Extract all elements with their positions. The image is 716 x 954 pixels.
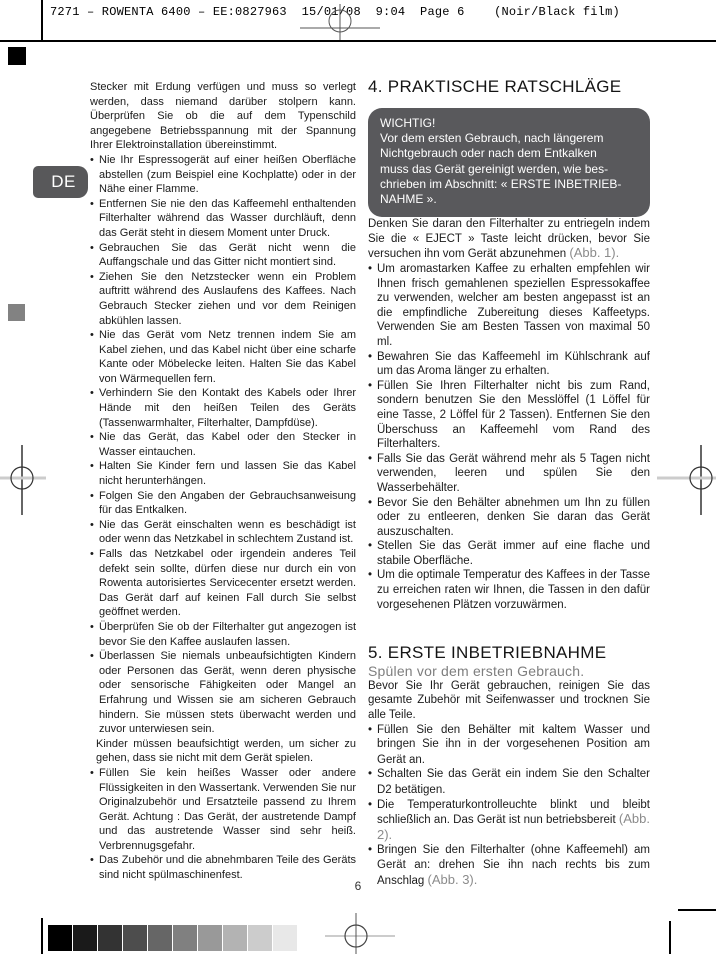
registration-crosshair-icon <box>652 440 716 520</box>
safety-bullet-list-continued: Füllen Sie kein heißes Wasser oder ander… <box>90 766 356 883</box>
registration-crosshair-icon <box>295 0 385 45</box>
list-item: Falls Sie das Gerät während mehr als 5 T… <box>368 452 650 496</box>
figure-reference: (Abb. 1). <box>569 245 619 260</box>
list-item-text: Die Temperaturkontrolleuchte blinkt und … <box>377 799 650 827</box>
list-item-text: Bringen Sie den Filterhalter (ohne Kaffe… <box>377 844 650 886</box>
section4-heading: 4. PRAKTISCHE RATSCHLÄGE <box>368 76 650 98</box>
list-item: Verhindern Sie den Kontakt des Kabels od… <box>90 386 356 430</box>
safety-intro-paragraph: Stecker mit Erdung verfügen und muss so … <box>90 80 356 153</box>
section5-subheading: Spülen vor dem ersten Gebrauch. <box>368 664 650 679</box>
list-item: Die Temperaturkontrolleuchte blinkt und … <box>368 798 650 844</box>
registration-crosshair-icon <box>0 440 50 520</box>
important-callout-title: WICHTIG! <box>380 116 638 131</box>
calibration-step <box>273 925 297 951</box>
list-item: Bewahren Sie das Kaffeemehl im Kühlschra… <box>368 350 650 379</box>
calibration-step <box>48 925 72 951</box>
header-left-rule <box>41 0 43 40</box>
list-item: Folgen Sie den Angaben der Gebrauchsanwe… <box>90 489 356 518</box>
manual-page: 7271 – ROWENTA 6400 – EE:0827963 15/01/0… <box>0 0 716 954</box>
calibration-step <box>98 925 122 951</box>
section5: 5. ERSTE INBETRIEBNAHME Spülen vor dem e… <box>368 642 650 888</box>
list-item: Nie das Gerät einschalten wenn es beschä… <box>90 518 356 547</box>
list-item-text: Füllen Sie den Behälter mit kaltem Wasse… <box>377 724 650 766</box>
children-supervision-note: Kinder müssen beaufsichtigt werden, um s… <box>90 737 356 766</box>
calibration-step <box>123 925 147 951</box>
language-tab-de: DE <box>33 166 88 198</box>
safety-bullet-list: Nie Ihr Espressogerät auf einer heißen O… <box>90 153 356 737</box>
list-item: Nie das Gerät vom Netz trennen indem Sie… <box>90 328 356 386</box>
list-item: Das Zubehör und die abnehmbaren Teile de… <box>90 853 356 882</box>
important-callout-body: Vor dem ersten Gebrauch, nach längerem N… <box>380 131 638 207</box>
figure-reference: (Abb. 3). <box>428 872 478 887</box>
section4-bullet-list: Um aromastarken Kaffee zu erhalten empfe… <box>368 262 650 612</box>
list-item: Halten Sie Kinder fern und lassen Sie da… <box>90 459 356 488</box>
registration-square-black <box>8 47 26 65</box>
page-number: 6 <box>348 879 368 893</box>
calibration-step <box>198 925 222 951</box>
list-item: Falls das Netzkabel oder irgendein ander… <box>90 547 356 620</box>
calibration-step <box>248 925 272 951</box>
list-item: Entfernen Sie nie den das Kaffeemehl ent… <box>90 197 356 241</box>
list-item: Bringen Sie den Filterhalter (ohne Kaffe… <box>368 843 650 888</box>
list-item: Überprüfen Sie ob der Filterhalter gut a… <box>90 620 356 649</box>
calibration-step <box>173 925 197 951</box>
calibration-bar <box>48 925 297 951</box>
registration-crosshair-icon <box>325 905 400 954</box>
list-item: Füllen Sie den Behälter mit kaltem Wasse… <box>368 723 650 768</box>
corner-crop-mark <box>678 909 716 911</box>
left-column: Stecker mit Erdung verfügen und muss so … <box>90 80 356 883</box>
list-item: Schalten Sie das Gerät ein indem Sie den… <box>368 767 650 797</box>
important-callout-box: WICHTIG! Vor dem ersten Gebrauch, nach l… <box>368 108 650 217</box>
right-column: 4. PRAKTISCHE RATSCHLÄGE WICHTIG! Vor de… <box>368 76 650 888</box>
section5-intro-paragraph: Bevor Sie Ihr Gerät gebrauchen, reinigen… <box>368 679 650 723</box>
calibration-step <box>148 925 172 951</box>
list-item: Stellen Sie das Gerät immer auf eine fla… <box>368 539 650 568</box>
list-item: Überlassen Sie niemals unbeaufsichtigten… <box>90 649 356 737</box>
list-item: Füllen Sie kein heißes Wasser oder ander… <box>90 766 356 854</box>
section5-heading: 5. ERSTE INBETRIEBNAHME <box>368 642 650 664</box>
list-item: Um aromastarken Kaffee zu erhalten empfe… <box>368 262 650 350</box>
list-item-text: Schalten Sie das Gerät ein indem Sie den… <box>377 768 650 796</box>
list-item: Ziehen Sie den Netzstecker wenn ein Prob… <box>90 270 356 328</box>
section5-bullet-list: Füllen Sie den Behälter mit kaltem Wasse… <box>368 723 650 889</box>
list-item: Um die optimale Temperatur des Kaffees i… <box>368 568 650 612</box>
calibration-step <box>223 925 247 951</box>
list-item: Gebrauchen Sie das Gerät nicht wenn die … <box>90 241 356 270</box>
registration-square-gray <box>8 304 25 321</box>
calibration-step <box>73 925 97 951</box>
list-item: Nie das Gerät, das Kabel oder den Stecke… <box>90 430 356 459</box>
list-item: Nie Ihr Espressogerät auf einer heißen O… <box>90 153 356 197</box>
list-item: Füllen Sie Ihren Filterhalter nicht bis … <box>368 379 650 452</box>
corner-crop-mark <box>669 921 671 954</box>
list-item: Bevor Sie den Behälter abnehmen um Ihn z… <box>368 496 650 540</box>
calibration-left-rule <box>41 918 43 954</box>
section4-intro-paragraph: Denken Sie daran den Filterhalter zu ent… <box>368 217 650 262</box>
